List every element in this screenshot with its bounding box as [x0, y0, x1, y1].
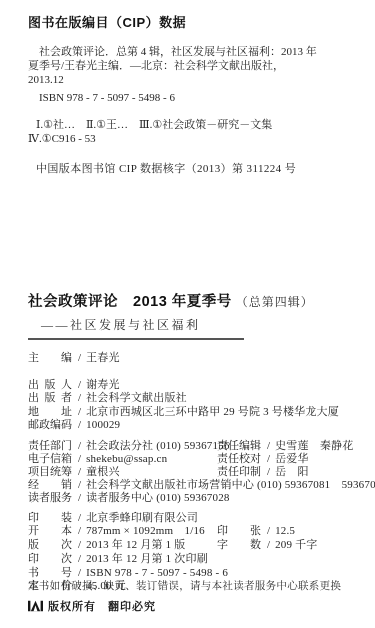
cip-classification-line: Ⅰ.①社… Ⅱ.①王… Ⅲ.①社会政策－研究－文集 [28, 118, 361, 132]
slash-separator: / [78, 466, 81, 479]
colophon-block: 社会政策评论 2013 年夏季号 （总第四辑） ——社区发展与社区福利 主编 /… [28, 290, 365, 594]
staff-group: 责任部门 / 社会政法分社 (010) 59367156 责任编辑 / 史雪莲 … [28, 440, 365, 505]
slash-separator: / [78, 492, 81, 505]
row-value: 12.5 [275, 525, 295, 539]
row-email-and-proofreader: 电子信箱 / shekebu@ssap.cn 责任校对 / 岳爱华 [28, 453, 365, 466]
row-value: 社会科学文献出版社 [86, 392, 187, 406]
row-value: 787mm × 1092mm 1/16 [86, 525, 205, 539]
row-label: 印次 [28, 553, 72, 567]
row-postcode: 邮政编码 / 100029 [28, 419, 365, 433]
row-value: 北京季蜂印刷有限公司 [86, 512, 198, 526]
row-impression: 印次 / 2013 年 12 月第 1 次印刷 [28, 553, 365, 567]
page-footer: 本书如有破损、缺页、装订错误，请与本社读者服务中心联系更换 版权所有 翻印必究 [28, 578, 365, 614]
row-value: 岳 阳 [275, 466, 309, 479]
slash-separator: / [78, 539, 81, 553]
slash-separator: / [267, 466, 270, 479]
slash-separator: / [78, 525, 81, 539]
cip-isbn: ISBN 978 - 7 - 5097 - 5498 - 6 [28, 91, 361, 105]
copyright-line: 版权所有 翻印必究 [28, 598, 365, 614]
book-subtitle: ——社区发展与社区福利 [41, 316, 365, 333]
row-value: 北京市西城区北三环中路甲 29 号院 3 号楼华龙大厦 [86, 406, 339, 420]
slash-separator: / [78, 392, 81, 406]
book-title: 社会政策评论 2013 年夏季号 [28, 294, 232, 310]
row-value: 谢寿光 [86, 379, 120, 393]
row-edition-and-wordcount: 版次 / 2013 年 12 月第 1 版 字数 / 209 千字 [28, 539, 365, 553]
cip-heading: 图书在版编目（CIP）数据 [28, 12, 361, 31]
row-label: 读者服务 [28, 492, 72, 505]
row-dept-and-editor: 责任部门 / 社会政法分社 (010) 59367156 责任编辑 / 史雪莲 … [28, 440, 365, 453]
row-label: 责任校对 [217, 453, 261, 466]
row-value: 社会科学文献出版社市场营销中心 (010) 59367081 59367089 [86, 479, 375, 492]
row-publisher-org: 出版者 / 社会科学文献出版社 [28, 392, 365, 406]
volume-label: （总第四辑） [236, 295, 314, 309]
row-label: 出版人 [28, 379, 72, 393]
copyright-statement: 版权所有 翻印必究 [48, 598, 156, 614]
slash-separator: / [78, 379, 81, 393]
slash-separator: / [78, 406, 81, 420]
row-label: 开本 [28, 525, 72, 539]
row-value: 社会政法分社 (010) 59367156 [86, 440, 230, 453]
slash-separator: / [267, 453, 270, 466]
slash-separator: / [78, 419, 81, 433]
slash-separator: / [78, 512, 81, 526]
book-title-line: 社会政策评论 2013 年夏季号 （总第四辑） [28, 290, 365, 311]
row-label: 责任部门 [28, 440, 72, 453]
publisher-group: 出版人 / 谢寿光 出版者 / 社会科学文献出版社 地址 / 北京市西城区北三环… [28, 379, 365, 433]
row-value: 209 千字 [275, 539, 317, 553]
replacement-notice: 本书如有破损、缺页、装订错误，请与本社读者服务中心联系更换 [28, 578, 365, 593]
slash-separator: / [267, 539, 270, 553]
slash-separator: / [78, 479, 81, 492]
cip-classification-line: Ⅳ.①C916 - 53 [28, 132, 361, 146]
row-label: 责任编辑 [217, 440, 261, 453]
row-address: 地址 / 北京市西城区北三环中路甲 29 号院 3 号楼华龙大厦 [28, 406, 365, 420]
row-binding: 印装 / 北京季蜂印刷有限公司 [28, 512, 365, 526]
slash-separator: / [78, 453, 81, 466]
row-label: 项目统筹 [28, 466, 72, 479]
row-label: 版次 [28, 539, 72, 553]
book-copyright-page: 图书在版编目（CIP）数据 社会政策评论．总第 4 辑，社区发展与社区福利：20… [0, 0, 375, 628]
row-publisher-person: 出版人 / 谢寿光 [28, 379, 365, 393]
slash-separator: / [78, 553, 81, 567]
row-distribution: 经销 / 社会科学文献出版社市场营销中心 (010) 59367081 5936… [28, 479, 365, 492]
title-divider [28, 338, 244, 340]
row-format-and-sheets: 开本 / 787mm × 1092mm 1/16 印张 / 12.5 [28, 525, 365, 539]
row-value: shekebu@ssap.cn [86, 453, 167, 466]
row-label: 主编 [28, 352, 72, 366]
publisher-brand-icon [28, 600, 43, 612]
row-chief-editor: 主编 / 王春光 [28, 352, 365, 366]
row-label: 印张 [217, 525, 261, 539]
slash-separator: / [267, 525, 270, 539]
row-label: 出版者 [28, 392, 72, 406]
row-label: 印装 [28, 512, 72, 526]
row-value: 童根兴 [86, 466, 120, 479]
row-value: 读者服务中心 (010) 59367028 [86, 492, 230, 505]
row-label: 邮政编码 [28, 419, 72, 433]
row-label: 字数 [217, 539, 261, 553]
row-value: 岳爱华 [275, 453, 309, 466]
row-label: 电子信箱 [28, 453, 72, 466]
slash-separator: / [78, 352, 81, 366]
row-label: 责任印制 [217, 466, 261, 479]
cip-block: 图书在版编目（CIP）数据 社会政策评论．总第 4 辑，社区发展与社区福利：20… [28, 12, 361, 176]
row-label: 经销 [28, 479, 72, 492]
row-coordinator-and-printer: 项目统筹 / 童根兴 责任印制 / 岳 阳 [28, 466, 365, 479]
cip-description-line: 夏季号/王春光主编．—北京：社会科学文献出版社， [28, 59, 361, 73]
slash-separator: / [267, 440, 270, 453]
row-value: 史雪莲 秦静花 [275, 440, 353, 453]
row-value: 2013 年 12 月第 1 次印刷 [86, 553, 208, 567]
row-value: 王春光 [86, 352, 120, 366]
slash-separator: / [78, 440, 81, 453]
cip-record-number: 中国版本图书馆 CIP 数据核字（2013）第 311224 号 [28, 162, 361, 176]
row-reader-service: 读者服务 / 读者服务中心 (010) 59367028 [28, 492, 365, 505]
row-label: 地址 [28, 406, 72, 420]
cip-description-line: 2013.12 [28, 73, 361, 87]
row-value: 100029 [86, 419, 120, 433]
row-value: 2013 年 12 月第 1 版 [86, 539, 185, 553]
cip-description-line: 社会政策评论．总第 4 辑，社区发展与社区福利：2013 年 [28, 45, 361, 59]
